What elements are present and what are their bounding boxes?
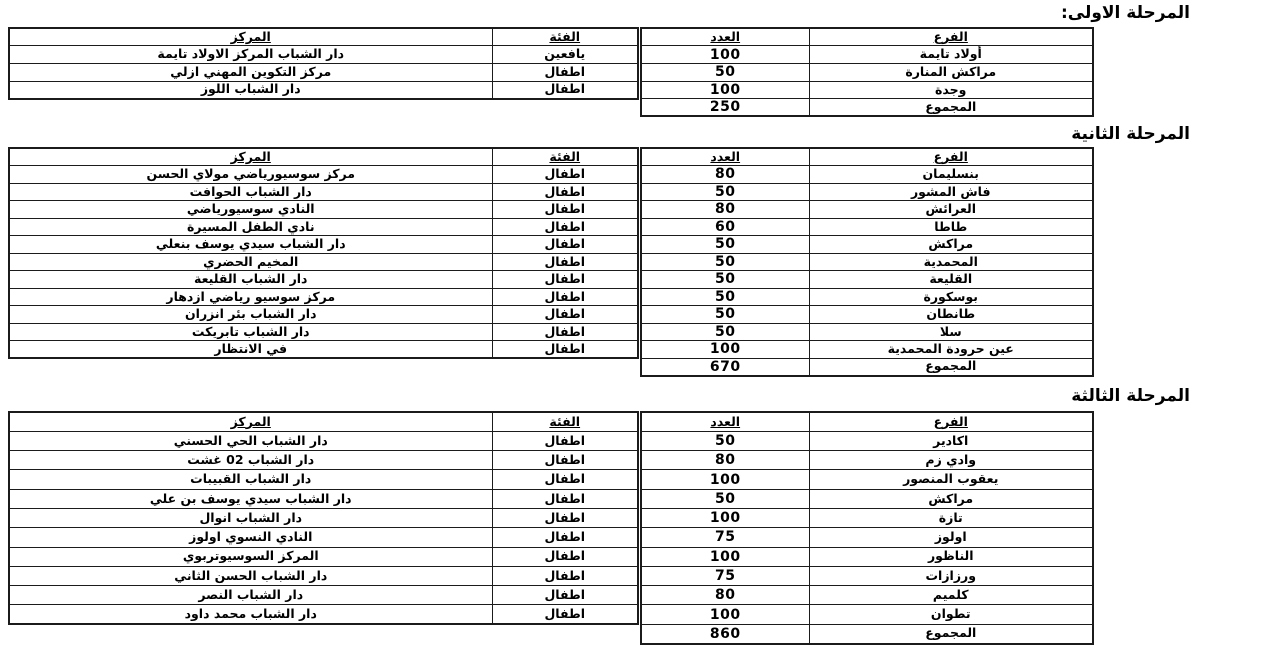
total-label: المجموع xyxy=(809,99,1093,117)
table-row: اطفالمركز سوسيورياضي مولاي الحسن xyxy=(9,166,638,184)
header-branch: الفرع xyxy=(809,148,1093,166)
cell-branch: تطوان xyxy=(809,605,1093,624)
header-row: الفئة المركز xyxy=(9,412,638,431)
header-count: العدد xyxy=(641,148,809,166)
cell-category: اطفال xyxy=(492,547,638,566)
stage3-title: المرحلة الثالثة xyxy=(1071,386,1190,406)
header-row: الفرع العدد xyxy=(641,412,1093,431)
stage1-branch-count-table: الفرع العدد أولاد تايمة100مراكش المنارة5… xyxy=(640,27,1094,117)
table-row: يافعيندار الشباب المركز الاولاد تايمة xyxy=(9,46,638,64)
cell-category: اطفال xyxy=(492,605,638,624)
cell-center: النادي النسوي اولوز xyxy=(9,528,492,547)
table-row: اطفالنادي الطفل المسيرة xyxy=(9,218,638,236)
cell-category: اطفال xyxy=(492,288,638,306)
total-label: المجموع xyxy=(809,358,1093,376)
cell-center: دار الشباب بئر انزران xyxy=(9,306,492,324)
cell-category: اطفال xyxy=(492,63,638,81)
cell-category: اطفال xyxy=(492,201,638,219)
table-row: الناظور100 xyxy=(641,547,1093,566)
total-row: المجموع 250 xyxy=(641,99,1093,117)
table-row: العرائش80 xyxy=(641,201,1093,219)
table-row: القليعة50 xyxy=(641,271,1093,289)
cell-count: 50 xyxy=(641,236,809,254)
cell-center: دار الشباب تابريكت xyxy=(9,323,492,341)
cell-count: 50 xyxy=(641,431,809,450)
table-row: اطفالدار الشباب سيدي يوسف بن علي xyxy=(9,489,638,508)
header-center: المركز xyxy=(9,412,492,431)
cell-count: 100 xyxy=(641,547,809,566)
table-row: يعقوب المنصور100 xyxy=(641,470,1093,489)
stage3-category-center-table: الفئة المركز اطفالدار الشباب الحي الحسني… xyxy=(8,411,639,625)
table-row: اطفالدار الشباب القبيبات xyxy=(9,470,638,489)
cell-category: اطفال xyxy=(492,81,638,99)
total-row: المجموع 860 xyxy=(641,624,1093,643)
cell-center: المخيم الحضري xyxy=(9,253,492,271)
cell-center: النادي سوسيورياضي xyxy=(9,201,492,219)
table-row: اطفالدار الشباب الحوافت xyxy=(9,183,638,201)
table-row: اطفالدار الشباب القليعة xyxy=(9,271,638,289)
cell-count: 80 xyxy=(641,586,809,605)
table-row: طانطان50 xyxy=(641,306,1093,324)
table-row: وجدة100 xyxy=(641,81,1093,99)
cell-center: دار الشباب محمد داود xyxy=(9,605,492,624)
cell-center: دار الشباب الحوافت xyxy=(9,183,492,201)
total-value: 250 xyxy=(641,99,809,117)
table-row: طاطا60 xyxy=(641,218,1093,236)
table-row: مراكش50 xyxy=(641,236,1093,254)
cell-branch: كلميم xyxy=(809,586,1093,605)
cell-branch: المحمدية xyxy=(809,253,1093,271)
cell-count: 50 xyxy=(641,253,809,271)
cell-count: 75 xyxy=(641,528,809,547)
cell-count: 100 xyxy=(641,81,809,99)
cell-count: 80 xyxy=(641,451,809,470)
cell-center: دار الشباب سيدي يوسف بن علي xyxy=(9,489,492,508)
header-category: الفئة xyxy=(492,148,638,166)
cell-branch: تازة xyxy=(809,508,1093,527)
cell-count: 50 xyxy=(641,489,809,508)
stage2-title: المرحلة الثانية xyxy=(1071,124,1190,144)
stage2-branch-count-table: الفرع العدد بنسليمان80فاش المشور50العرائ… xyxy=(640,147,1094,377)
table-row: ورزازات75 xyxy=(641,566,1093,585)
cell-branch: ورزازات xyxy=(809,566,1093,585)
header-branch: الفرع xyxy=(809,28,1093,46)
header-center: المركز xyxy=(9,148,492,166)
cell-count: 60 xyxy=(641,218,809,236)
cell-category: اطفال xyxy=(492,323,638,341)
cell-center: دار الشباب القبيبات xyxy=(9,470,492,489)
table-row: كلميم80 xyxy=(641,586,1093,605)
cell-count: 50 xyxy=(641,306,809,324)
table-row: اطفالالنادي النسوي اولوز xyxy=(9,528,638,547)
header-row: الفئة المركز xyxy=(9,28,638,46)
stage3-branch-count-table: الفرع العدد اكادير50وادي زم80يعقوب المنص… xyxy=(640,411,1094,645)
table-row: أولاد تايمة100 xyxy=(641,46,1093,64)
cell-center: المركز السوسيوتربوي xyxy=(9,547,492,566)
cell-center: دار الشباب انوال xyxy=(9,508,492,527)
table-row: اطفالالنادي سوسيورياضي xyxy=(9,201,638,219)
table-row: اطفالدار الشباب النصر xyxy=(9,586,638,605)
cell-branch: سلا xyxy=(809,323,1093,341)
header-category: الفئة xyxy=(492,28,638,46)
table-row: اطفالدار الشباب الحي الحسني xyxy=(9,431,638,450)
cell-category: اطفال xyxy=(492,431,638,450)
cell-count: 80 xyxy=(641,201,809,219)
cell-category: اطفال xyxy=(492,341,638,359)
cell-branch: مراكش المنارة xyxy=(809,63,1093,81)
cell-branch: عين حرودة المحمدية xyxy=(809,341,1093,359)
table-row: سلا50 xyxy=(641,323,1093,341)
cell-category: اطفال xyxy=(492,166,638,184)
header-category: الفئة xyxy=(492,412,638,431)
cell-category: اطفال xyxy=(492,470,638,489)
header-count: العدد xyxy=(641,28,809,46)
header-row: الفئة المركز xyxy=(9,148,638,166)
cell-center: دار الشباب سيدي يوسف بنعلي xyxy=(9,236,492,254)
cell-branch: بنسليمان xyxy=(809,166,1093,184)
cell-count: 100 xyxy=(641,470,809,489)
cell-center: دار الشباب الحي الحسني xyxy=(9,431,492,450)
table-row: المحمدية50 xyxy=(641,253,1093,271)
header-branch: الفرع xyxy=(809,412,1093,431)
cell-branch: مراكش xyxy=(809,489,1093,508)
table-row: اطفالدار الشباب سيدي يوسف بنعلي xyxy=(9,236,638,254)
cell-category: اطفال xyxy=(492,236,638,254)
cell-center: دار الشباب المركز الاولاد تايمة xyxy=(9,46,492,64)
cell-branch: أولاد تايمة xyxy=(809,46,1093,64)
total-value: 860 xyxy=(641,624,809,643)
table-row: مراكش50 xyxy=(641,489,1093,508)
cell-category: اطفال xyxy=(492,508,638,527)
cell-count: 100 xyxy=(641,341,809,359)
cell-count: 100 xyxy=(641,508,809,527)
cell-branch: طانطان xyxy=(809,306,1093,324)
cell-branch: يعقوب المنصور xyxy=(809,470,1093,489)
cell-category: اطفال xyxy=(492,528,638,547)
cell-count: 75 xyxy=(641,566,809,585)
cell-count: 50 xyxy=(641,323,809,341)
cell-branch: الناظور xyxy=(809,547,1093,566)
cell-branch: القليعة xyxy=(809,271,1093,289)
table-row: تطوان100 xyxy=(641,605,1093,624)
cell-count: 100 xyxy=(641,46,809,64)
table-row: اطفالدار الشباب بئر انزران xyxy=(9,306,638,324)
cell-center: نادي الطفل المسيرة xyxy=(9,218,492,236)
cell-category: اطفال xyxy=(492,586,638,605)
cell-center: دار الشباب 02 غشت xyxy=(9,451,492,470)
total-value: 670 xyxy=(641,358,809,376)
table-row: اطفالدار الشباب 02 غشت xyxy=(9,451,638,470)
cell-count: 50 xyxy=(641,271,809,289)
total-row: المجموع 670 xyxy=(641,358,1093,376)
table-row: بنسليمان80 xyxy=(641,166,1093,184)
cell-branch: وجدة xyxy=(809,81,1093,99)
cell-branch: فاش المشور xyxy=(809,183,1093,201)
table-row: تازة100 xyxy=(641,508,1093,527)
table-row: اطفالدار الشباب محمد داود xyxy=(9,605,638,624)
stage2-category-center-table: الفئة المركز اطفالمركز سوسيورياضي مولاي … xyxy=(8,147,639,359)
cell-branch: اولوز xyxy=(809,528,1093,547)
table-row: فاش المشور50 xyxy=(641,183,1093,201)
cell-category: اطفال xyxy=(492,253,638,271)
table-row: اكادير50 xyxy=(641,431,1093,450)
cell-branch: مراكش xyxy=(809,236,1093,254)
table-row: عين حرودة المحمدية100 xyxy=(641,341,1093,359)
table-row: مراكش المنارة50 xyxy=(641,63,1093,81)
table-row: بوسكورة50 xyxy=(641,288,1093,306)
cell-category: اطفال xyxy=(492,306,638,324)
cell-branch: العرائش xyxy=(809,201,1093,219)
cell-category: اطفال xyxy=(492,566,638,585)
cell-category: يافعين xyxy=(492,46,638,64)
table-row: اطفالدار الشباب تابريكت xyxy=(9,323,638,341)
cell-center: مركز سوسيورياضي مولاي الحسن xyxy=(9,166,492,184)
cell-center: دار الشباب القليعة xyxy=(9,271,492,289)
cell-count: 100 xyxy=(641,605,809,624)
total-label: المجموع xyxy=(809,624,1093,643)
cell-count: 50 xyxy=(641,63,809,81)
header-row: الفرع العدد xyxy=(641,148,1093,166)
cell-category: اطفال xyxy=(492,183,638,201)
cell-center: في الانتظار xyxy=(9,341,492,359)
stage1-category-center-table: الفئة المركز يافعيندار الشباب المركز الا… xyxy=(8,27,639,100)
table-row: اولوز75 xyxy=(641,528,1093,547)
cell-count: 80 xyxy=(641,166,809,184)
cell-center: دار الشباب الحسن الثاني xyxy=(9,566,492,585)
cell-branch: اكادير xyxy=(809,431,1093,450)
scanned-document-page: { "colors": { "background": "#ffffff", "… xyxy=(0,0,1280,656)
table-row: اطفالفي الانتظار xyxy=(9,341,638,359)
table-row: اطفالمركز سوسيو رياضي ازدهار xyxy=(9,288,638,306)
stage1-title: المرحلة الاولى: xyxy=(1061,3,1190,23)
cell-center: دار الشباب اللوز xyxy=(9,81,492,99)
cell-count: 50 xyxy=(641,183,809,201)
header-row: الفرع العدد xyxy=(641,28,1093,46)
cell-category: اطفال xyxy=(492,489,638,508)
table-row: اطفالدار الشباب اللوز xyxy=(9,81,638,99)
cell-category: اطفال xyxy=(492,451,638,470)
cell-center: مركز سوسيو رياضي ازدهار xyxy=(9,288,492,306)
cell-count: 50 xyxy=(641,288,809,306)
cell-center: دار الشباب النصر xyxy=(9,586,492,605)
cell-category: اطفال xyxy=(492,218,638,236)
cell-category: اطفال xyxy=(492,271,638,289)
table-row: اطفالالمركز السوسيوتربوي xyxy=(9,547,638,566)
table-row: اطفالدار الشباب الحسن الثاني xyxy=(9,566,638,585)
cell-branch: طاطا xyxy=(809,218,1093,236)
cell-branch: بوسكورة xyxy=(809,288,1093,306)
cell-branch: وادي زم xyxy=(809,451,1093,470)
table-row: اطفالالمخيم الحضري xyxy=(9,253,638,271)
table-row: اطفالدار الشباب انوال xyxy=(9,508,638,527)
table-row: اطفالمركز التكوين المهني ازلي xyxy=(9,63,638,81)
header-center: المركز xyxy=(9,28,492,46)
cell-center: مركز التكوين المهني ازلي xyxy=(9,63,492,81)
header-count: العدد xyxy=(641,412,809,431)
table-row: وادي زم80 xyxy=(641,451,1093,470)
